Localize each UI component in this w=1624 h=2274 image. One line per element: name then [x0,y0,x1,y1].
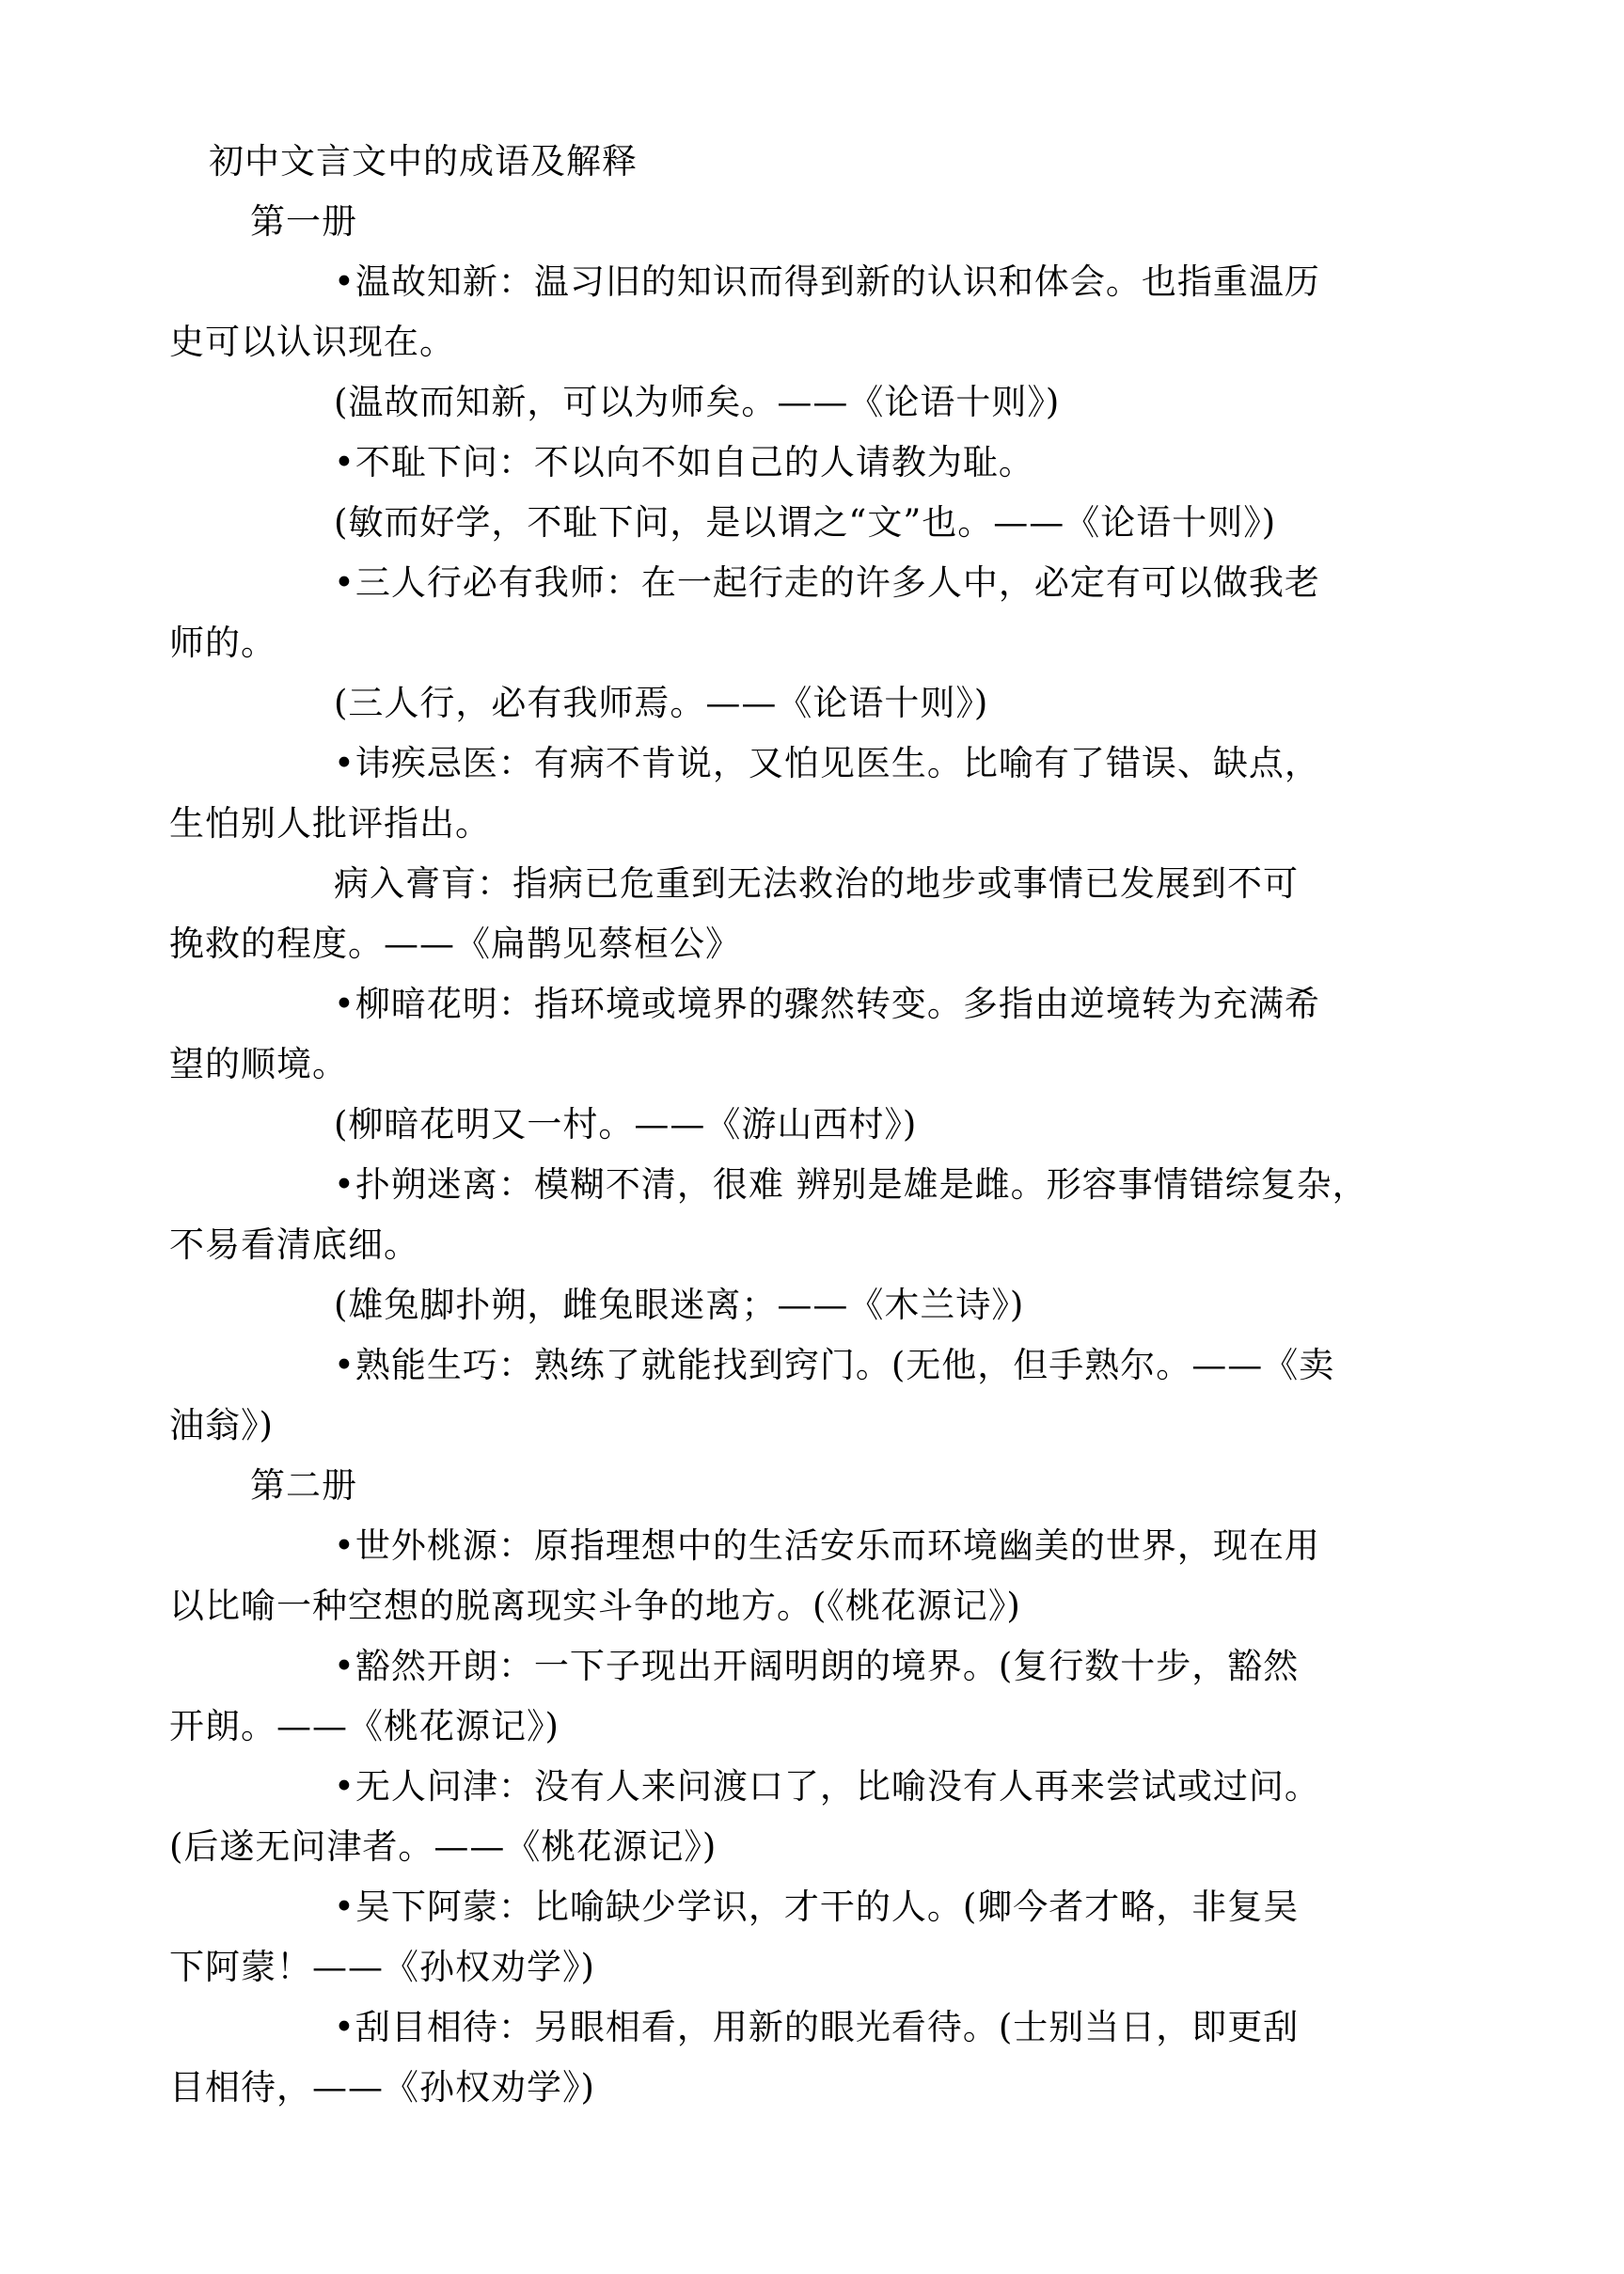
idiom-entry: •扑朔迷离：模糊不清，很难 辨别是雄是雌。形容事情错综复杂， [169,1155,1459,1215]
idiom-entry-continuation: 油翁》) [169,1396,1459,1456]
idiom-entry: 病入膏肓：指病已危重到无法救治的地步或事情已发展到不可 [169,854,1459,914]
idiom-entry-continuation: 史可以认识现在。 [169,312,1459,372]
idiom-entry-continuation: 以比喻一种空想的脱离现实斗争的地方。(《桃花源记》) [169,1576,1459,1636]
idiom-entry-continuation: 目相待，——《孙权劝学》) [169,2058,1459,2118]
idiom-entry: •三人行必有我师：在一起行走的许多人中，必定有可以做我老 [169,553,1459,613]
document-title: 初中文言文中的成语及解释 [169,132,1459,192]
idiom-entry: •讳疾忌医：有病不肯说，又怕见医生。比喻有了错误、缺点， [169,734,1459,794]
idiom-source-quote: (柳暗花明又一村。——《游山西村》) [169,1095,1459,1155]
idiom-entry-continuation: 生怕别人批评指出。 [169,794,1459,854]
idiom-entry: •豁然开朗：一下子现出开阔明朗的境界。(复行数十步，豁然 [169,1636,1459,1697]
idiom-source-quote: (温故而知新，可以为师矣。——《论语十则》) [169,372,1459,433]
idiom-source-quote: (三人行，必有我师焉。——《论语十则》) [169,673,1459,734]
idiom-entry-continuation: 不易看清底细。 [169,1215,1459,1275]
idiom-entry: •不耻下问：不以向不如自己的人请教为耻。 [169,433,1459,493]
idiom-entry: •熟能生巧：熟练了就能找到窍门。(无他，但手熟尔。——《卖 [169,1335,1459,1396]
idiom-entry: •温故知新：温习旧的知识而得到新的认识和体会。也指重温历 [169,252,1459,312]
idiom-entry: •无人问津：没有人来问渡口了，比喻没有人再来尝试或过问。 [169,1757,1459,1817]
idiom-entry-continuation: 师的。 [169,613,1459,673]
section-heading-volume-2: 第二册 [169,1456,1459,1516]
idiom-entry-continuation: 望的顺境。 [169,1034,1459,1095]
idiom-entry-continuation: 挽救的程度。——《扁鹊见蔡桓公》 [169,914,1459,974]
idiom-entry-continuation: (后遂无问津者。——《桃花源记》) [169,1817,1459,1877]
idiom-entry: •柳暗花明：指环境或境界的骤然转变。多指由逆境转为充满希 [169,974,1459,1034]
document-page: 初中文言文中的成语及解释 第一册 •温故知新：温习旧的知识而得到新的认识和体会。… [169,132,1459,2118]
idiom-entry: •世外桃源：原指理想中的生活安乐而环境幽美的世界，现在用 [169,1516,1459,1576]
idiom-entry: •吴下阿蒙：比喻缺少学识，才干的人。(卿今者才略，非复吴 [169,1877,1459,1937]
idiom-entry-continuation: 下阿蒙！——《孙权劝学》) [169,1937,1459,1998]
idiom-source-quote: (敏而好学，不耻下问，是以谓之“文”也。——《论语十则》) [169,493,1459,553]
idiom-source-quote: (雄兔脚扑朔，雌兔眼迷离；——《木兰诗》) [169,1275,1459,1335]
section-heading-volume-1: 第一册 [169,192,1459,252]
idiom-entry: •刮目相待：另眼相看，用新的眼光看待。(士别当日，即更刮 [169,1998,1459,2058]
idiom-entry-continuation: 开朗。——《桃花源记》) [169,1697,1459,1757]
